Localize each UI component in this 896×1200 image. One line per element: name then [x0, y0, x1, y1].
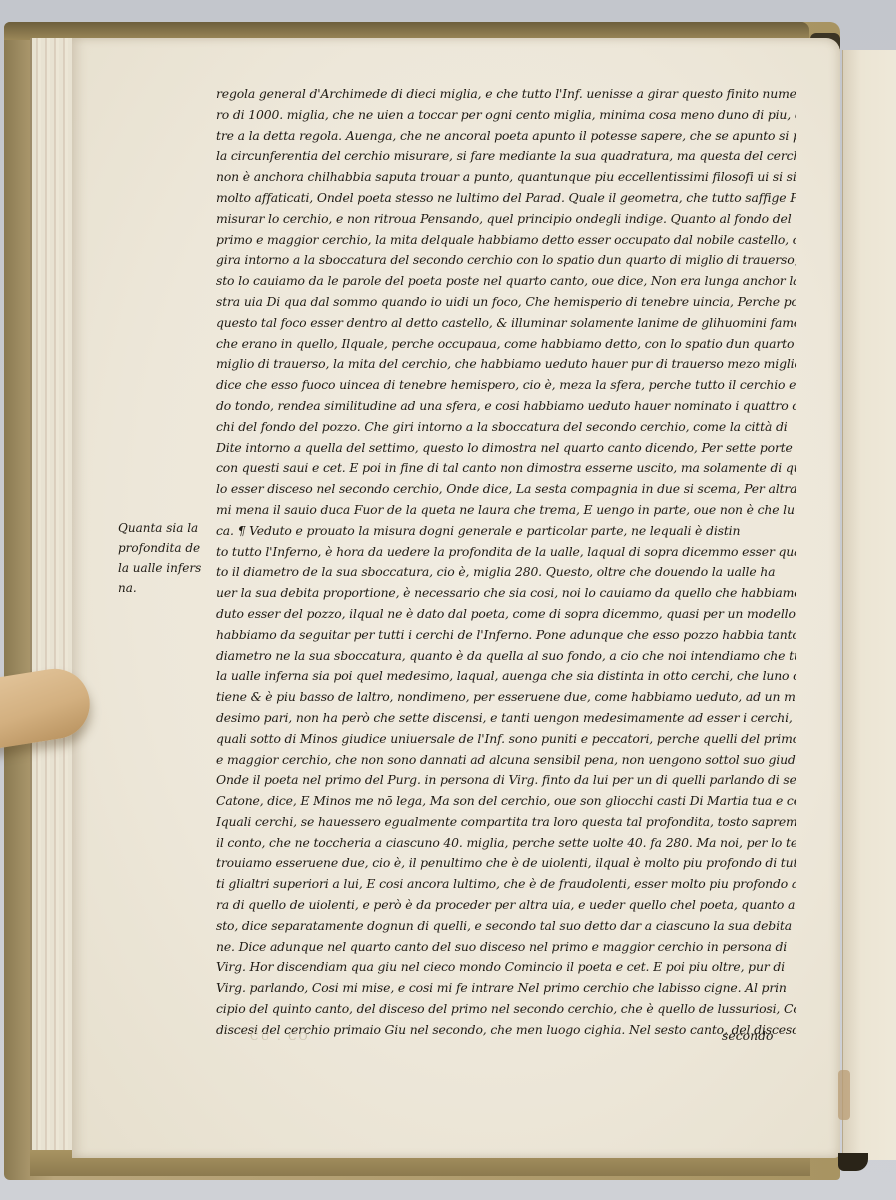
- text-line: sto, dice separatamente dognun di quelli…: [216, 916, 796, 937]
- marginal-line: Quanta sia la: [118, 518, 218, 538]
- text-line: miglio di trauerso, la mita del cerchio,…: [216, 354, 796, 375]
- text-line: misurar lo cerchio, e non ritroua Pensan…: [216, 209, 796, 230]
- marginal-line: profondita de: [118, 538, 218, 558]
- text-line: e maggior cerchio, che non sono dannati …: [216, 750, 796, 771]
- page-stain: [838, 1070, 850, 1120]
- text-line: la circunferentia del cerchio misurare, …: [216, 146, 796, 167]
- text-line: dice che esso fuoco uincea di tenebre he…: [216, 375, 796, 396]
- text-line: questo tal foco esser dentro al detto ca…: [216, 313, 796, 334]
- text-line: stra uia Di qua dal sommo quando io uidi…: [216, 292, 796, 313]
- text-line: Iquali cerchi, se hauessero egualmente c…: [216, 812, 796, 833]
- text-line: ro di 1000. miglia, che ne uien a toccar…: [216, 105, 796, 126]
- text-line: mi mena il sauio duca Fuor de la queta n…: [216, 500, 796, 521]
- text-line: to il diametro de la sua sboccatura, cio…: [216, 562, 796, 583]
- text-line: gira intorno a la sboccatura del secondo…: [216, 250, 796, 271]
- text-line: habbiamo da seguitar per tutti i cerchi …: [216, 625, 796, 646]
- text-line: desimo pari, non ha però che sette disce…: [216, 708, 796, 729]
- text-line: molto affaticati, Ondel poeta stesso ne …: [216, 188, 796, 209]
- text-line: Catone, dice, E Minos me nō lega, Ma son…: [216, 791, 796, 812]
- text-line: che erano in quello, Ilquale, perche occ…: [216, 334, 796, 355]
- marginal-line: la ualle infers: [118, 558, 218, 578]
- text-line: Onde il poeta nel primo del Purg. in per…: [216, 770, 796, 791]
- text-line: duto esser del pozzo, ilqual ne è dato d…: [216, 604, 796, 625]
- text-line: quali sotto di Minos giudice uniuersale …: [216, 729, 796, 750]
- text-line: ti glialtri superiori a lui, E cosi anco…: [216, 874, 796, 895]
- text-line: Virg. parlando, Cosi mi mise, e cosi mi …: [216, 978, 796, 999]
- text-line: cipio del quinto canto, del disceso del …: [216, 999, 796, 1020]
- text-line: tiene & è piu basso de laltro, nondimeno…: [216, 687, 796, 708]
- text-line: il conto, che ne toccheria a ciascuno 40…: [216, 833, 796, 854]
- catchword: secondo: [722, 1028, 773, 1043]
- text-line: primo e maggior cerchio, la mita delqual…: [216, 230, 796, 251]
- text-line: non è anchora chilhabbia saputa trouar a…: [216, 167, 796, 188]
- text-line: con questi saui e cet. E poi in fine di …: [216, 458, 796, 479]
- text-line: chi del fondo del pozzo. Che giri intorn…: [216, 417, 796, 438]
- binding-tail-detail: [838, 1153, 868, 1171]
- text-line: trouiamo esseruene due, cio è, il penult…: [216, 853, 796, 874]
- text-line: ca. ¶ Veduto e prouato la misura dogni g…: [216, 521, 796, 542]
- body-text: regola general d'Archimede di dieci migl…: [216, 84, 796, 1041]
- facing-page-edge: [842, 50, 896, 1160]
- text-line: lo esser disceso nel secondo cerchio, On…: [216, 479, 796, 500]
- text-line: tre a la detta regola. Auenga, che ne an…: [216, 126, 796, 147]
- marginal-note: Quanta sia la profondita de la ualle inf…: [118, 518, 218, 598]
- text-line: Dite intorno a quella del settimo, quest…: [216, 438, 796, 459]
- text-line: regola general d'Archimede di dieci migl…: [216, 84, 796, 105]
- text-line: diametro ne la sua sboccatura, quanto è …: [216, 646, 796, 667]
- text-line: Virg. Hor discendiam qua giu nel cieco m…: [216, 957, 796, 978]
- text-line: to tutto l'Inferno, è hora da uedere la …: [216, 542, 796, 563]
- text-line: sto lo cauiamo da le parole del poeta po…: [216, 271, 796, 292]
- marginal-line: na.: [118, 578, 218, 598]
- text-line: uer la sua debita proportione, è necessa…: [216, 583, 796, 604]
- text-line: ne. Dice adunque nel quarto canto del su…: [216, 937, 796, 958]
- text-line: la ualle inferna sia poi quel medesimo, …: [216, 666, 796, 687]
- text-line: do tondo, rendea similitudine ad una sfe…: [216, 396, 796, 417]
- text-line: ra di quello de uiolenti, e però è da pr…: [216, 895, 796, 916]
- show-through-text: CU . CO: [250, 1030, 310, 1043]
